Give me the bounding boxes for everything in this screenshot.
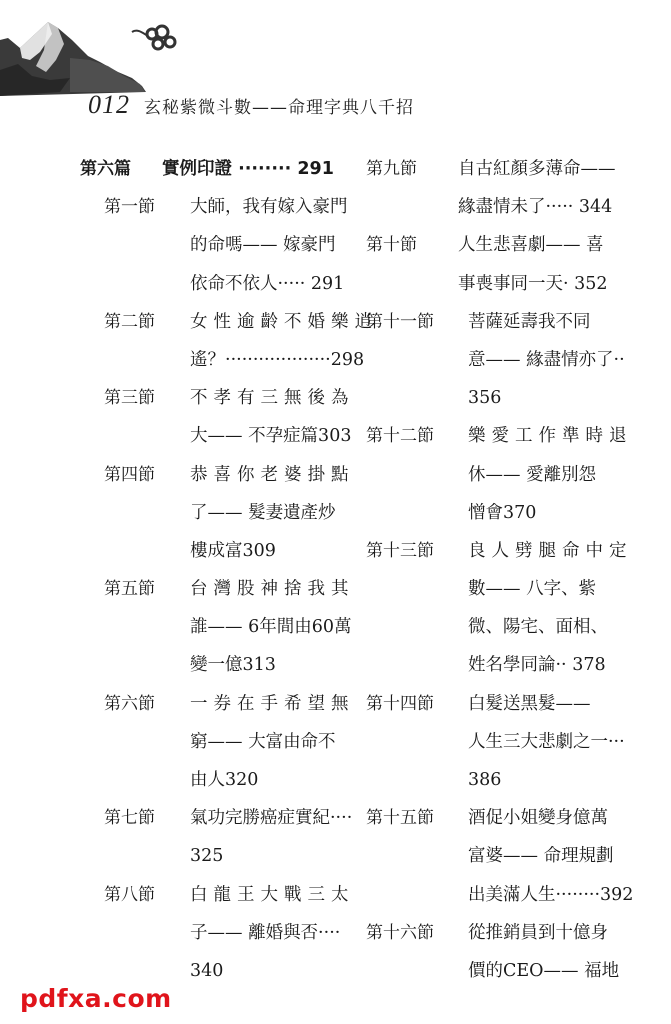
section-label: 第十五節	[366, 799, 468, 837]
toc-entry[interactable]: 第十六節從推銷員到十億身 價的CEO—— 福地	[366, 914, 626, 990]
toc-entry[interactable]: 第四節恭喜你老婆掛點 了—— 髮妻遺產炒 樓成富309	[84, 456, 346, 571]
section-label: 第二節	[104, 303, 190, 341]
toc-entry[interactable]: 第二節女性逾齡不婚樂逍 遙？···················298	[84, 303, 346, 379]
part-label: 第六篇	[80, 150, 162, 188]
page-header: 012 玄秘紫微斗數——命理字典八千招	[88, 90, 414, 120]
section-label: 第十三節	[366, 532, 468, 570]
section-label: 第五節	[104, 570, 190, 608]
toc-entry[interactable]: 第十五節酒促小姐變身億萬 富婆—— 命理規劃 出美滿人生········392	[366, 799, 626, 914]
section-label: 第四節	[104, 456, 190, 494]
toc-entry[interactable]: 第十四節白髮送黑髮—— 人生三大悲劇之一··· 386	[366, 685, 626, 800]
section-label: 第八節	[104, 876, 190, 914]
section-label: 第三節	[104, 379, 190, 417]
toc-right-column: 第九節自古紅顏多薄命—— 緣盡情未了····· 344 第十節人生悲喜劇—— 喜…	[366, 150, 626, 990]
toc-entry[interactable]: 第十三節良人劈腿命中定 數—— 八字、紫 微、陽宅、面相、 姓名學同論·· 37…	[366, 532, 626, 685]
toc-part-heading[interactable]: 第六篇 實例印證 ········ 291	[84, 150, 346, 188]
section-label: 第十四節	[366, 685, 468, 723]
book-title: 玄秘紫微斗數——命理字典八千招	[144, 93, 414, 118]
section-label: 第七節	[104, 799, 190, 837]
toc-entry[interactable]: 第六節一券在手希望無 窮—— 大富由命不 由人320	[84, 685, 346, 800]
page-number: 012	[88, 90, 130, 120]
toc-entry[interactable]: 第十一節菩薩延壽我不同 意—— 緣盡情亦了·· 356	[366, 303, 626, 418]
toc-entry[interactable]: 第三節不孝有三無後為 大—— 不孕症篇303	[84, 379, 346, 455]
cloud-icon	[132, 26, 175, 49]
toc-entry[interactable]: 第十節人生悲喜劇—— 喜 事喪事同一天· 352	[366, 226, 626, 302]
section-label: 第六節	[104, 685, 190, 723]
toc-entry[interactable]: 第五節台灣股神捨我其 誰—— 6年間由60萬 變一億313	[84, 570, 346, 685]
watermark-link[interactable]: pdfxa.com	[20, 984, 172, 1013]
section-label: 第九節	[366, 150, 458, 188]
toc-entry[interactable]: 第七節氣功完勝癌症實紀···· 325	[84, 799, 346, 875]
part-title-line: 實例印證 ········ 291	[162, 150, 346, 188]
toc-entry[interactable]: 第八節白龍王大戰三太 子—— 離婚與否···· 340	[84, 876, 346, 991]
toc-entry[interactable]: 第十二節樂愛工作準時退 休—— 愛離別怨 憎會370	[366, 417, 626, 532]
section-label: 第十二節	[366, 417, 468, 455]
section-label: 第一節	[104, 188, 190, 226]
mountain-icon	[0, 22, 146, 96]
section-label: 第十節	[366, 226, 458, 264]
toc-left-column: 第六篇 實例印證 ········ 291 第一節大師，我有嫁入豪門 的命嗎——…	[84, 150, 346, 990]
toc-entry[interactable]: 第九節自古紅顏多薄命—— 緣盡情未了····· 344	[366, 150, 626, 226]
section-label: 第十一節	[366, 303, 468, 341]
toc-entry[interactable]: 第一節大師，我有嫁入豪門 的命嗎—— 嫁豪門 依命不依人····· 291	[84, 188, 346, 303]
section-label: 第十六節	[366, 914, 468, 952]
